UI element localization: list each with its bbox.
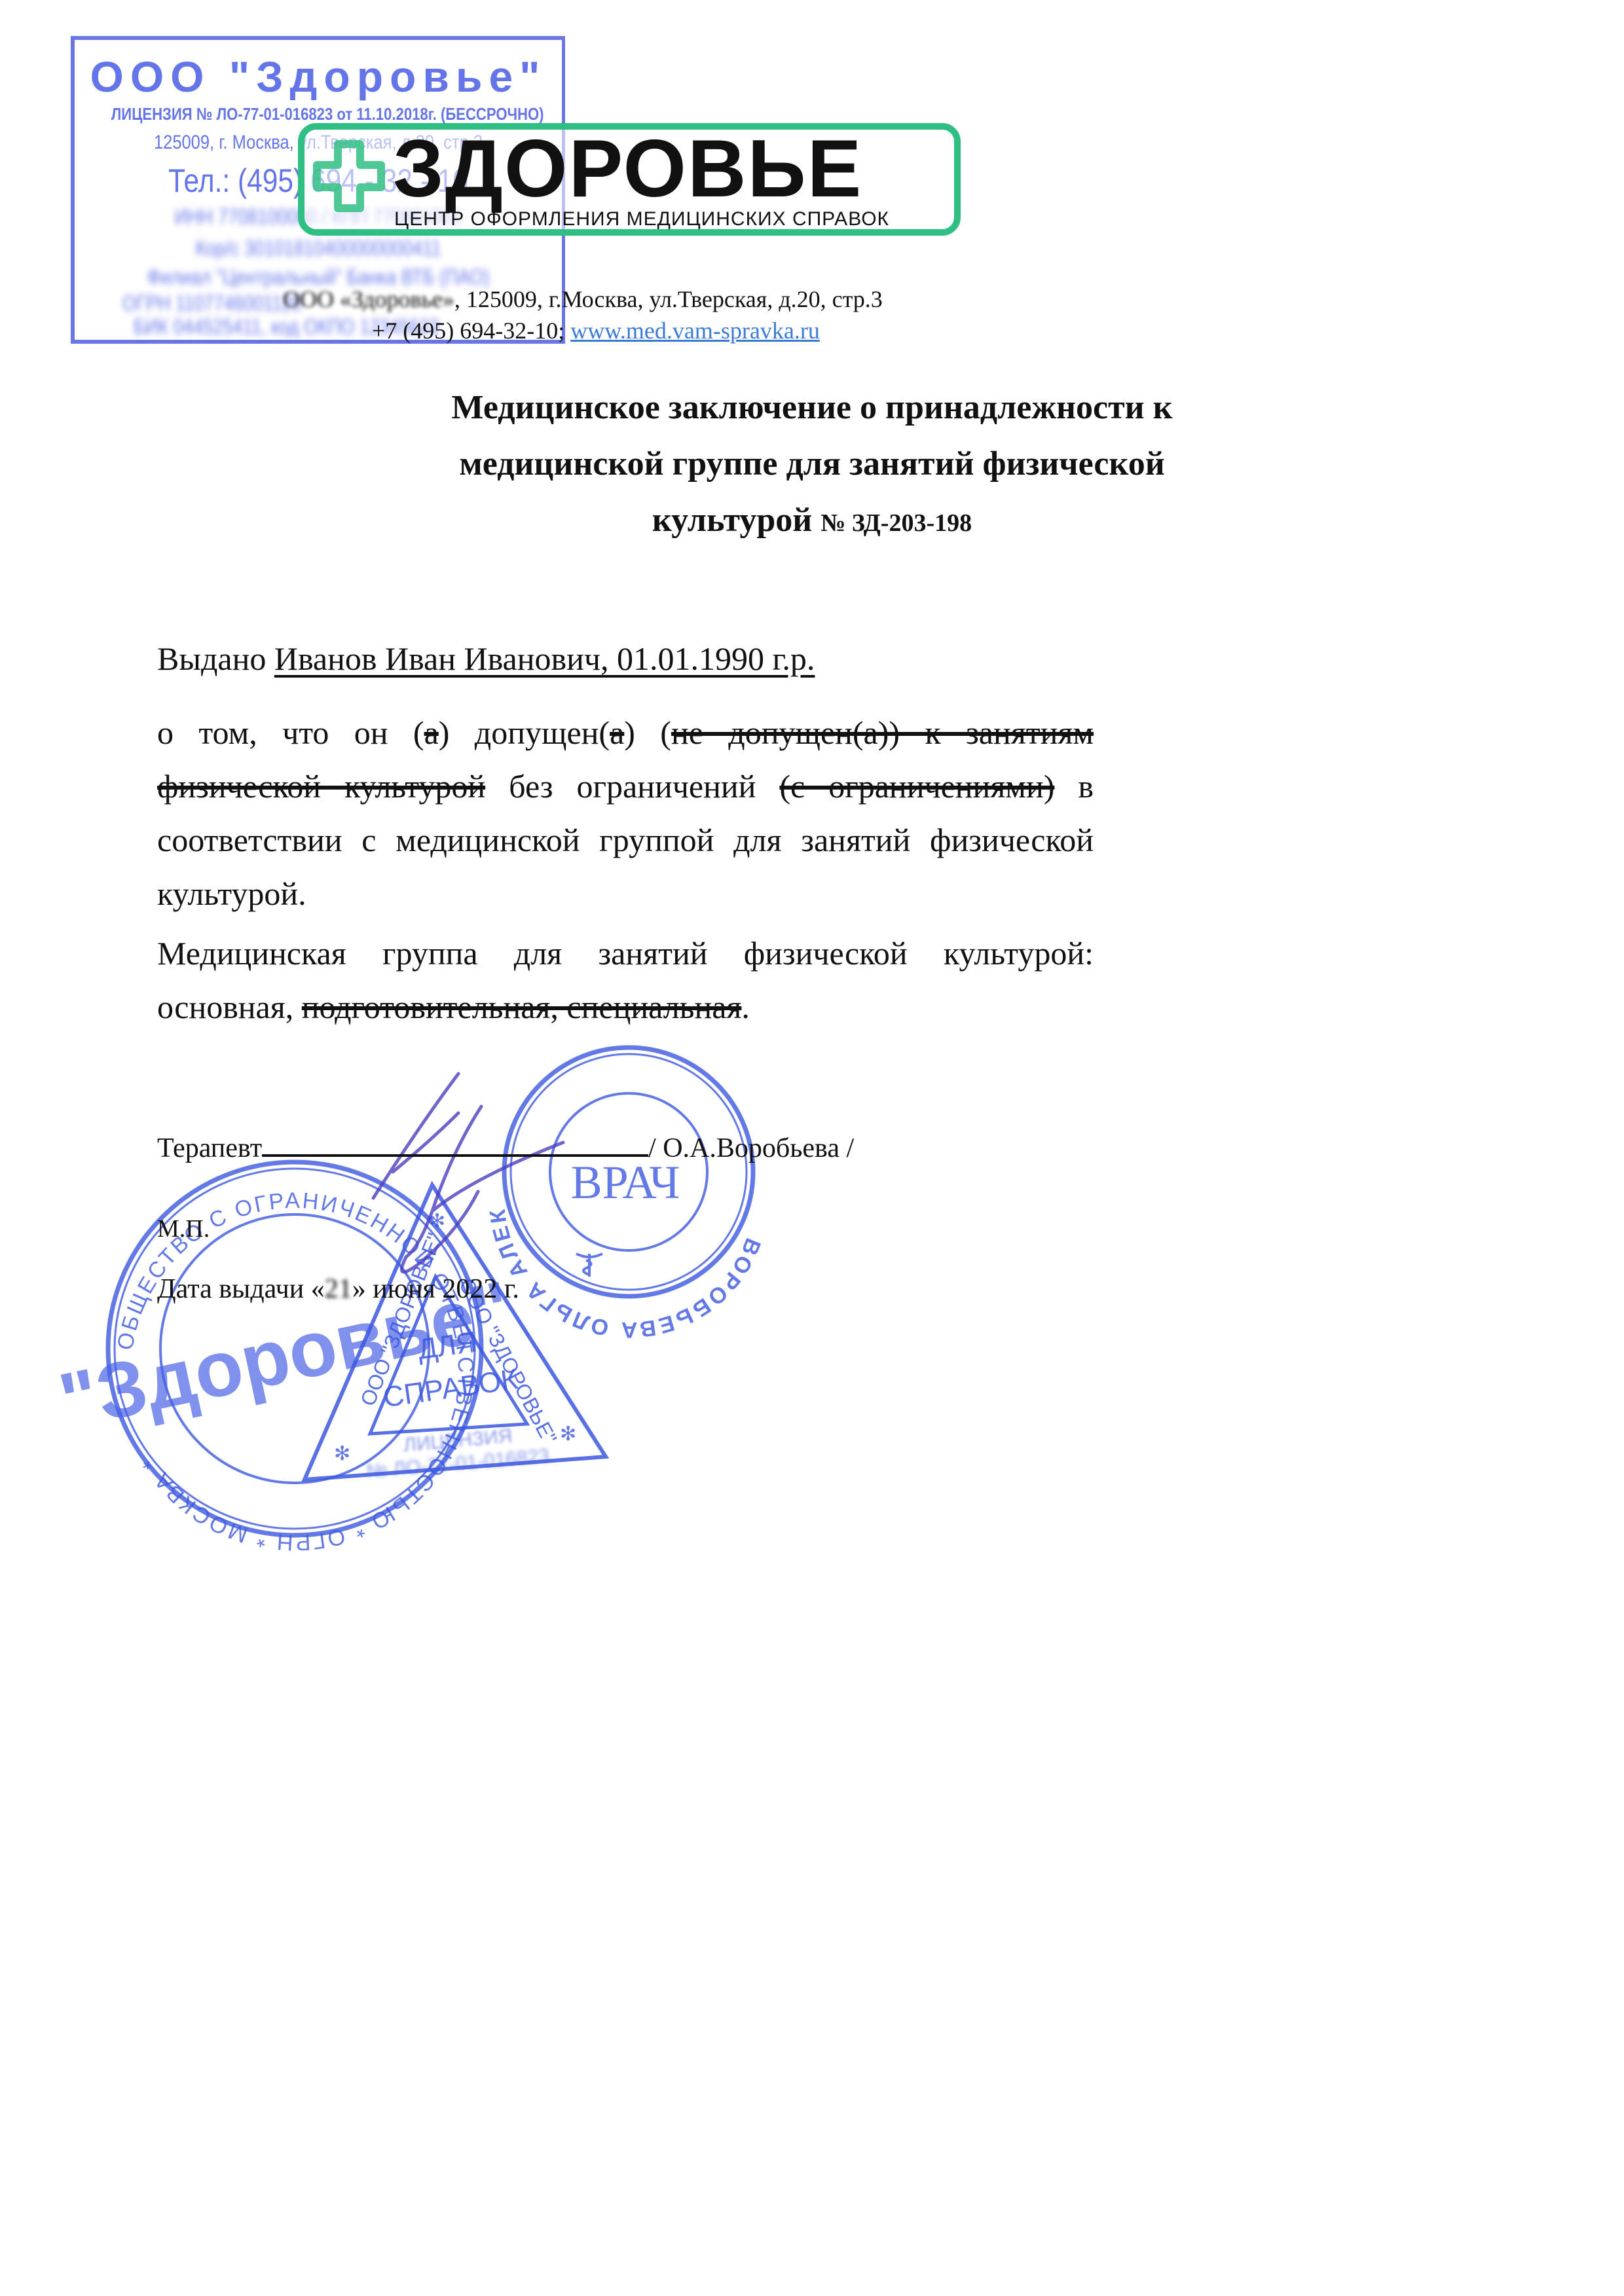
doctor-stamp-center: ВРАЧ xyxy=(571,1156,680,1209)
struck-text: а xyxy=(610,714,624,751)
struck-text: (с ограничениями) xyxy=(779,768,1054,805)
letterhead-contacts: +7 (495) 694-32-10; www.med.vam-spravka.… xyxy=(372,317,820,344)
signature-blank xyxy=(262,1129,648,1157)
logo-title: ЗДОРОВЬЕ xyxy=(393,128,862,210)
therapist-label: Терапевт xyxy=(157,1133,262,1163)
asterisk-icon: ✻ xyxy=(429,1211,445,1232)
issued-to-line: Выдано Иванов Иван Иванович, 01.01.1990 … xyxy=(157,632,1094,685)
title-line-3: культурой № ЗД-203-198 xyxy=(157,492,1467,551)
triangle-bottom-line-1: ЛИЦЕНЗИЯ xyxy=(403,1425,513,1456)
stamp-license: ЛИЦЕНЗИЯ № ЛО-77-01-016823 от 11.10.2018… xyxy=(111,104,525,124)
struck-text: подготовительная, специальная xyxy=(302,989,742,1025)
issued-label: Выдано xyxy=(157,640,274,677)
address-text: , 125009, г.Москва, ул.Тверская, д.20, с… xyxy=(454,286,883,312)
issue-day: 21 xyxy=(325,1274,352,1304)
doctor-round-stamp xyxy=(504,1048,753,1296)
issue-date: Дата выдачи «21» июня 2022 г. xyxy=(157,1273,519,1305)
asterisk-icon: ✻ xyxy=(334,1443,350,1465)
signature-scribble xyxy=(373,1074,563,1272)
admission-paragraph: о том, что он (а) допущен(а) (не допущен… xyxy=(157,706,1094,920)
title-line-2: медицинской группе для занятий физическо… xyxy=(157,436,1467,492)
medical-group-paragraph: Медицинская группа для занятий физическо… xyxy=(157,926,1094,1034)
seal-place-label: М.П. xyxy=(157,1214,210,1243)
patient-name: Иванов Иван Иванович, 01.01.1990 г.р. xyxy=(274,640,815,677)
triangle-stamp xyxy=(304,1185,606,1480)
document-title: Медицинское заключение о принадлежности … xyxy=(157,380,1467,551)
triangle-center-line-2: СПРАВОК xyxy=(381,1363,520,1413)
logo-subtitle: ЦЕНТР ОФОРМЛЕНИЯ МЕДИЦИНСКИХ СПРАВОК xyxy=(394,208,889,230)
struck-text: а xyxy=(424,714,439,751)
triangle-bottom-line-2: № ЛО-77-01-016823 xyxy=(365,1445,550,1482)
stamp-company-name: ООО "Здоровье" xyxy=(75,52,562,101)
stamp-redacted-line: Кор/с 30101810400000000411 xyxy=(111,236,525,261)
triangle-center-line-1: ДЛЯ xyxy=(416,1326,479,1366)
medical-cross-icon xyxy=(313,140,385,212)
triangle-left-text: ООО "ЗДОРОВЬЕ" xyxy=(356,1230,447,1409)
website-link[interactable]: www.med.vam-spravka.ru xyxy=(570,318,820,344)
caduceus-icon xyxy=(576,1254,602,1277)
title-line-1: Медицинское заключение о принадлежности … xyxy=(157,380,1467,436)
org-name-redacted: ООО «Здоровье» xyxy=(283,286,454,312)
letterhead-address: ООО «Здоровье», 125009, г.Москва, ул.Тве… xyxy=(283,285,883,313)
document-number: № ЗД-203-198 xyxy=(821,509,972,537)
therapist-signature-line: Терапевт/ О.А.Воробьева / xyxy=(157,1129,854,1164)
asterisk-icon: ✻ xyxy=(560,1423,576,1445)
phone-text: +7 (495) 694-32-10; xyxy=(372,318,570,344)
doctor-name: / О.А.Воробьева / xyxy=(648,1133,854,1163)
